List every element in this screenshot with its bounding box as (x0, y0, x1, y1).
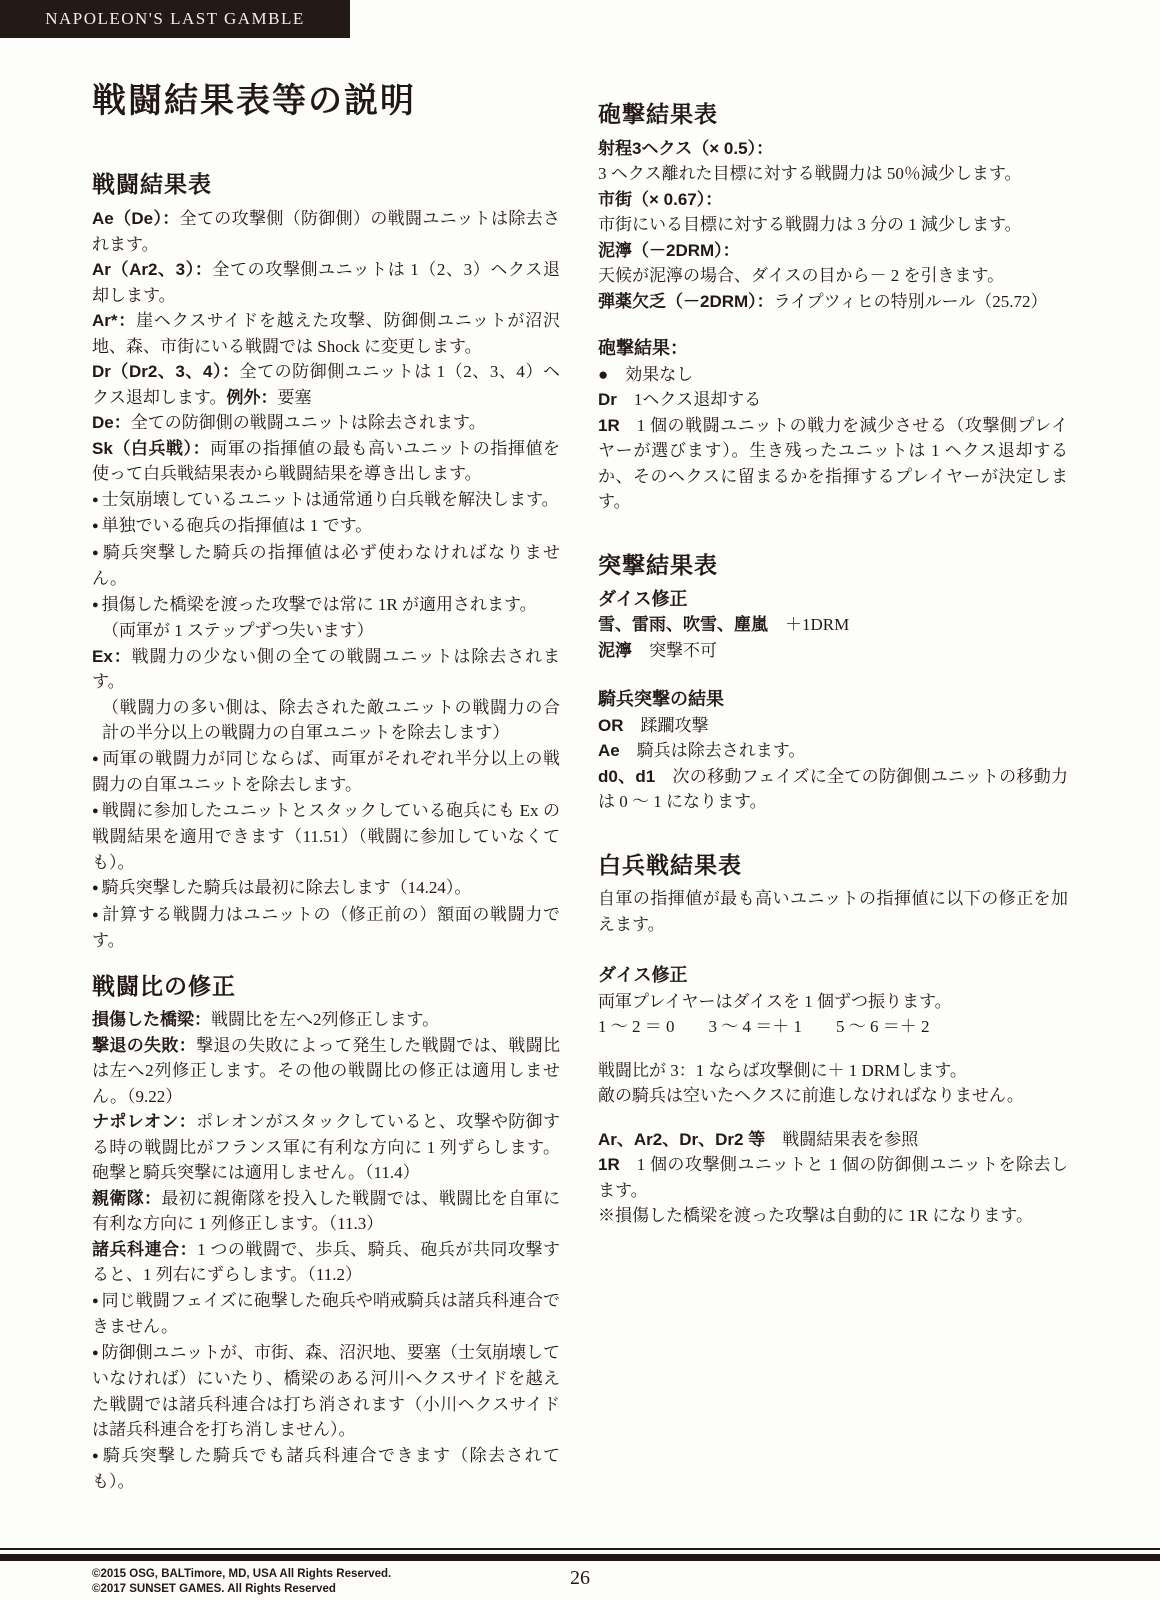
bullet-item: 同じ戦闘フェイズに砲撃した砲兵や哨戒騎兵は諸兵科連合できません。 (92, 1288, 560, 1340)
paragraph: Ar（Ar2、3）：全ての攻撃側ユニットは 1（2、3）ヘクス退却します。 (92, 257, 560, 308)
spacer (598, 1109, 1068, 1127)
bullet-item: 損傷した橋梁を渡った攻撃では常に 1R が適用されます。 (92, 592, 560, 619)
paragraph: 諸兵科連合：1 つの戦闘で、歩兵、騎兵、砲兵が共同攻撃すると、1 列右にずらしま… (92, 1237, 560, 1288)
section-heading: 戦闘比の修正 (92, 972, 560, 1001)
paragraph: 撃退の失敗：撃退の失敗によって発生した戦闘では、戦闘比は左へ2列修正します。その… (92, 1033, 560, 1110)
term-label: 泥濘（－2DRM）： (598, 241, 740, 260)
result-code: ● (598, 365, 608, 384)
bullet-item: 計算する戦闘力はユニットの（修正前の）額面の戦闘力です。 (92, 902, 560, 954)
bullet-item: 騎兵突撃した騎兵の指揮値は必ず使わなければなりません。 (92, 540, 560, 592)
footer-rule-thin (0, 1548, 1160, 1550)
term-label: 射程3ヘクス（× 0.5）： (598, 139, 773, 158)
text-run: 両軍プレイヤーはダイスを 1 個ずつ振ります。 (598, 992, 952, 1011)
result-text: 蹂躙攻撃 (641, 716, 709, 735)
text-run: ライプツィヒの特別ルール（25.72） (774, 292, 1048, 311)
text-run: 騎兵突撃した騎兵の指揮値は必ず使わなければなりません。 (92, 543, 560, 589)
paragraph: 3 ヘクス離れた目標に対する戦闘力は 50％減少します。 (598, 161, 1068, 187)
text-run: 両軍の戦闘力が同じならば、両軍がそれぞれ半分以上の戦闘力の自軍ユニットを除去しま… (92, 749, 560, 795)
text-run: 要塞 (277, 388, 311, 407)
term-label: Ar*： (92, 311, 136, 330)
header-bar: NAPOLEON'S LAST GAMBLE (0, 0, 350, 38)
paragraph: 1R1 個の攻撃側ユニットと 1 個の防御側ユニットを除去します。 (598, 1152, 1068, 1203)
text-run: 次の移動フェイズに全ての防御側ユニットの移動力は 0 ～ 1 になります。 (598, 767, 1068, 812)
paragraph: Ar*：崖ヘクスサイドを越えた攻撃、防御側ユニットが沼沢地、森、市街にいる戦闘で… (92, 308, 560, 359)
text-run: 戦闘力の少ない側の全ての戦闘ユニットは除去されます。 (92, 647, 560, 692)
spacer (598, 1040, 1068, 1058)
result-code: Dr (598, 390, 617, 409)
text-run: 戦闘結果表を参照 (782, 1130, 918, 1149)
term-label: 諸兵科連合： (92, 1240, 197, 1259)
paragraph: 市街（× 0.67）： (598, 187, 1068, 213)
paragraph: 泥濘（－2DRM）： (598, 238, 1068, 264)
term-label: 弾薬欠乏（－2DRM）： (598, 292, 774, 311)
spacer (598, 937, 1068, 963)
spacer (92, 954, 560, 972)
page-title: 戦闘結果表等の説明 (92, 83, 560, 120)
page-number: 26 (0, 1567, 1160, 1590)
bullet-item: 両軍の戦闘力が同じならば、両軍がそれぞれ半分以上の戦闘力の自軍ユニットを除去しま… (92, 746, 560, 798)
text-run: 計算する戦闘力はユニットの（修正前の）額面の戦闘力です。 (92, 905, 560, 951)
paragraph: Ar、Ar2、Dr、Dr2 等戦闘結果表を参照 (598, 1127, 1068, 1153)
text-run: 市街にいる目標に対する戦闘力は 3 分の 1 減少します。 (598, 215, 1022, 234)
text-run: （両軍が 1 ステップずつ失います） (102, 621, 374, 640)
text-run: 1 個の攻撃側ユニットと 1 個の防御側ユニットを除去します。 (598, 1155, 1068, 1200)
bullet-item: 防御側ユニットが、市街、森、沼沢地、要塞（士気崩壊していなければ）にいたり、橋梁… (92, 1340, 560, 1443)
paragraph: 敵の騎兵は空いたヘクスに前進しなければなりません。 (598, 1083, 1068, 1109)
paragraph: Ae（De）：全ての攻撃側（防御側）の戦闘ユニットは除去されます。 (92, 206, 560, 257)
text-run: 戦闘比が 3：1 ならば攻撃側に＋ 1 DRMします。 (598, 1061, 967, 1080)
term-label: Ae（De）： (92, 209, 180, 228)
paragraph: 親衛隊：最初に親衛隊を投入した戦闘では、戦闘比を自軍に有利な方向に 1 列修正し… (92, 1186, 560, 1237)
paragraph: d0、d1次の移動フェイズに全ての防御側ユニットの移動力は 0 ～ 1 になりま… (598, 764, 1068, 815)
text-run: 損傷した橋梁を渡った攻撃では常に 1R が適用されます。 (102, 595, 537, 614)
text-run: 騎兵突撃した騎兵でも諸兵科連合できます（除去されても）。 (92, 1446, 560, 1492)
result-row: ●効果なし (598, 362, 1068, 388)
result-code: OR (598, 716, 624, 735)
term-label: Ex： (92, 647, 132, 666)
section-heading: 突撃結果表 (598, 551, 1068, 580)
bullet-item: 戦闘に参加したユニットとスタックしている砲兵にも Ex の戦闘結果を適用できます… (92, 798, 560, 876)
paragraph: 自軍の指揮値が最も高いユニットの指揮値に以下の修正を加えます。 (598, 886, 1068, 937)
paragraph: 射程3ヘクス（× 0.5）： (598, 136, 1068, 162)
term-label: De： (92, 413, 131, 432)
result-code: 泥濘 (598, 641, 632, 660)
term-label: 例外： (226, 388, 277, 407)
section-heading: 砲撃結果表 (598, 100, 1068, 129)
result-text: ＋1DRM (785, 615, 849, 634)
spacer (598, 663, 1068, 687)
result-text: 1ヘクス退却する (634, 390, 761, 409)
text-run: ※損傷した橋梁を渡った攻撃は自動的に 1R になります。 (598, 1206, 1033, 1225)
result-code: 1R (598, 1155, 620, 1174)
spacer (598, 314, 1068, 336)
book-title: NAPOLEON'S LAST GAMBLE (45, 9, 305, 29)
result-code: 雪、雷雨、吹雪、塵嵐 (598, 615, 768, 634)
paragraph: 両軍プレイヤーはダイスを 1 個ずつ振ります。 (598, 989, 1068, 1015)
text-run: 自軍の指揮値が最も高いユニットの指揮値に以下の修正を加えます。 (598, 889, 1068, 934)
result-text: 効果なし (625, 365, 693, 384)
paragraph: 天候が泥濘の場合、ダイスの目から－ 2 を引きます。 (598, 263, 1068, 289)
paragraph: ※損傷した橋梁を渡った攻撃は自動的に 1R になります。 (598, 1203, 1068, 1229)
term-label: 親衛隊： (92, 1189, 161, 1208)
result-row: 雪、雷雨、吹雪、塵嵐＋1DRM (598, 612, 1068, 638)
right-column: 砲撃結果表射程3ヘクス（× 0.5）：3 ヘクス離れた目標に対する戦闘力は 50… (598, 100, 1068, 1229)
result-row: Dr1ヘクス退却する (598, 387, 1068, 413)
spacer (598, 815, 1068, 851)
text-run: 戦闘に参加したユニットとスタックしている砲兵にも Ex の戦闘結果を適用できます… (92, 801, 560, 872)
bullet-item: 騎兵突撃した騎兵でも諸兵科連合できます（除去されても）。 (92, 1443, 560, 1495)
text-run: 天候が泥濘の場合、ダイスの目から－ 2 を引きます。 (598, 266, 1004, 285)
result-code: d0、d1 (598, 767, 655, 786)
paragraph: Dr（Dr2、3、4）：全ての防御側ユニットは 1（2、3、4）ヘクス退却します… (92, 359, 560, 410)
footer-rule-thick (0, 1554, 1160, 1561)
text-run: 全ての防御側の戦闘ユニットは除去されます。 (131, 413, 486, 432)
paragraph: 損傷した橋梁：戦闘比を左へ2列修正します。 (92, 1007, 560, 1033)
spacer (598, 515, 1068, 551)
paragraph: （戦闘力の多い側は、除去された敵ユニットの戦闘力の合計の半分以上の戦闘力の自軍ユ… (92, 695, 560, 746)
text-run: 崖ヘクスサイドを越えた攻撃、防御側ユニットが沼沢地、森、市街にいる戦闘では Sh… (92, 311, 560, 356)
result-row: Ae騎兵は除去されます。 (598, 738, 1068, 764)
bullet-item: 騎兵突撃した騎兵は最初に除去します（14.24）。 (92, 875, 560, 902)
section-heading: 白兵戦結果表 (598, 851, 1068, 880)
term-label: ナポレオン： (92, 1112, 196, 1131)
bullet-item: 士気崩壊しているユニットは通常通り白兵戦を解決します。 (92, 487, 560, 514)
paragraph: 市街にいる目標に対する戦闘力は 3 分の 1 減少します。 (598, 212, 1068, 238)
result-row: OR蹂躙攻撃 (598, 713, 1068, 739)
text-run: 3 ヘクス離れた目標に対する戦闘力は 50％減少します。 (598, 164, 1021, 183)
term-label: 損傷した橋梁： (92, 1010, 211, 1029)
term-label: 市街（× 0.67）： (598, 190, 722, 209)
left-column: 戦闘結果表等の説明戦闘結果表Ae（De）：全ての攻撃側（防御側）の戦闘ユニットは… (92, 83, 560, 1495)
subsection-heading: 騎兵突撃の結果 (598, 687, 1068, 713)
paragraph: De：全ての防御側の戦闘ユニットは除去されます。 (92, 410, 560, 436)
paragraph: 1R1 個の戦闘ユニットの戦力を減少させる（攻撃側プレイヤーが選びます）。生き残… (598, 413, 1068, 515)
term-label: Sk（白兵戦）： (92, 439, 210, 458)
paragraph: 弾薬欠乏（－2DRM）：ライプツィヒの特別ルール（25.72） (598, 289, 1068, 315)
result-code: Ae (598, 741, 620, 760)
result-text: 騎兵は除去されます。 (637, 741, 806, 760)
text-run: 戦闘比を左へ2列修正します。 (211, 1010, 439, 1029)
paragraph: Ex：戦闘力の少ない側の全ての戦闘ユニットは除去されます。 (92, 644, 560, 695)
text-run: 防御側ユニットが、市街、森、沼沢地、要塞（士気崩壊していなければ）にいたり、橋梁… (92, 1343, 560, 1440)
subsection-heading: 砲撃結果： (598, 336, 1068, 362)
paragraph: ナポレオン：ポレオンがスタックしていると、攻撃や防御する時の戦闘比がフランス軍に… (92, 1109, 560, 1186)
text-run: 同じ戦闘フェイズに砲撃した砲兵や哨戒騎兵は諸兵科連合できません。 (92, 1291, 560, 1337)
paragraph: Sk（白兵戦）：両軍の指揮値の最も高いユニットの指揮値を使って白兵戦結果表から戦… (92, 436, 560, 487)
subsection-heading: ダイス修正 (598, 587, 1068, 613)
result-code: 1R (598, 416, 620, 435)
term-label: Ar（Ar2、3）： (92, 260, 212, 279)
text-run: 単独でいる砲兵の指揮値は 1 です。 (102, 516, 373, 535)
result-code: Ar、Ar2、Dr、Dr2 等 (598, 1130, 765, 1149)
text-run: 騎兵突撃した騎兵は最初に除去します（14.24）。 (102, 878, 472, 897)
text-run: 士気崩壊しているユニットは通常通り白兵戦を解決します。 (102, 490, 559, 509)
term-label: 撃退の失敗： (92, 1036, 196, 1055)
bullet-item: 単独でいる砲兵の指揮値は 1 です。 (92, 513, 560, 540)
paragraph: 1 ～ 2 ＝ 0 3 ～ 4 ＝＋ 1 5 ～ 6 ＝＋ 2 (598, 1014, 1068, 1040)
section-heading: 戦闘結果表 (92, 170, 560, 199)
paragraph: （両軍が 1 ステップずつ失います） (92, 618, 560, 644)
subsection-heading: ダイス修正 (598, 963, 1068, 989)
paragraph: 戦闘比が 3：1 ならば攻撃側に＋ 1 DRMします。 (598, 1058, 1068, 1084)
text-run: 1 個の戦闘ユニットの戦力を減少させる（攻撃側プレイヤーが選びます）。生き残った… (598, 416, 1068, 512)
page: NAPOLEON'S LAST GAMBLE 戦闘結果表等の説明戦闘結果表Ae（… (0, 0, 1160, 1600)
term-label: Dr（Dr2、3、4）： (92, 362, 240, 381)
result-text: 突撃不可 (649, 641, 717, 660)
text-run: （戦闘力の多い側は、除去された敵ユニットの戦闘力の合計の半分以上の戦闘力の自軍ユ… (102, 698, 560, 743)
text-run: 1 ～ 2 ＝ 0 3 ～ 4 ＝＋ 1 5 ～ 6 ＝＋ 2 (598, 1017, 930, 1036)
text-run: 最初に親衛隊を投入した戦闘では、戦闘比を自軍に有利な方向に 1 列修正します。（… (92, 1189, 560, 1234)
result-row: 泥濘突撃不可 (598, 638, 1068, 664)
text-run: 敵の騎兵は空いたヘクスに前進しなければなりません。 (598, 1086, 1024, 1105)
